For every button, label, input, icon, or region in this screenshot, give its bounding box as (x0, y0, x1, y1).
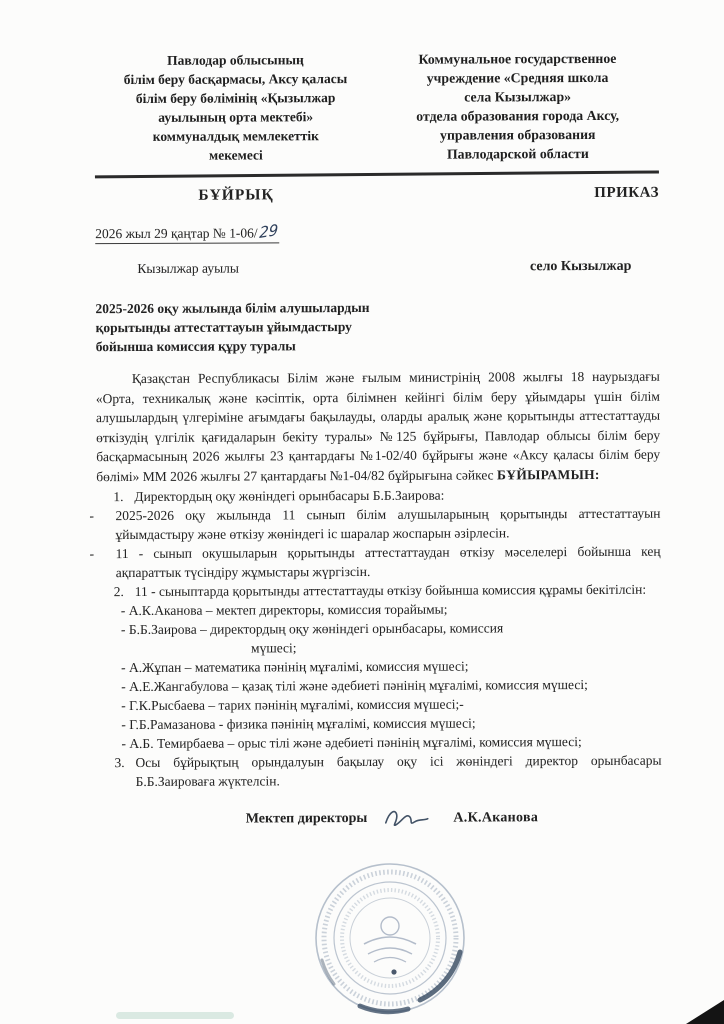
signature-block: Мектеп директоры А.К.Аканова (98, 803, 662, 835)
signature-scribble (381, 805, 431, 833)
commission-member: - Г.К.Рысбаева – тарих пәнінің мұғалімі,… (121, 694, 661, 715)
member-text: - А.Б. Темирбаева – орыс тілі және әдеби… (121, 732, 661, 753)
list-item-text: 11 - сынып окушыларын қорытынды аттестат… (116, 542, 661, 582)
stamp-center-dot (391, 969, 396, 974)
list-item: 3. Осы бұйрықтың орындалуын бақылау оқу … (114, 751, 661, 791)
order-title-kazakh: БҰЙРЫҚ (95, 186, 377, 205)
place-kazakh: Кызылжар ауылы (137, 261, 239, 277)
date-underlined-segment: 2026 жыл 29 қаңтар № 1-06/29 (95, 223, 279, 244)
member-text: - Г.Б.Рамазанова - физика пәнінің мұғалі… (121, 713, 661, 734)
order-title-russian: ПРИКАЗ (377, 185, 659, 204)
list-item-text: Осы бұйрықтың орындалуын бақылау оқу ісі… (135, 751, 661, 791)
order-subject: 2025-2026 оқу жылында білім алушылардын … (95, 297, 659, 356)
scan-smudge-artifact (116, 1012, 234, 1019)
list-item: 1. Директордың оқу жөніндегі орынбасары … (113, 485, 660, 506)
list-item: - 11 - сынып окушыларын қорытынды аттест… (88, 542, 661, 582)
list-item: 2. 11 - сыныптарда қорытынды аттестаттау… (114, 580, 661, 601)
header-divider-line (95, 170, 659, 178)
typed-date-number: 2026 жыл 29 қаңтар № 1-06/ (95, 225, 258, 241)
commission-member: - А.К.Аканова – мектеп директоры, комисс… (121, 599, 661, 620)
list-marker: 1. (113, 487, 134, 506)
org-name-russian: Коммунальное государственное учреждение … (376, 49, 658, 164)
list-item: - 2025-2026 оқу жылында 11 сынып білім а… (87, 504, 660, 544)
handwritten-order-number: 29 (259, 221, 279, 242)
order-directives-list: 1. Директордың оқу жөніндегі орынбасары … (96, 485, 661, 791)
commission-members-list: - А.К.Аканова – мектеп директоры, комисс… (121, 599, 662, 753)
order-title-row: БҰЙРЫҚ ПРИКАЗ (95, 185, 659, 205)
scan-corner-artifact (686, 1000, 724, 1024)
list-marker: 3. (114, 753, 135, 791)
member-text: - А.Жұпан – математика пәнінің мұғалімі,… (121, 656, 661, 677)
preamble-paragraph: Қазақстан Республикасы Білім және ғылым … (96, 367, 661, 486)
signer-role: Мектеп директоры (246, 811, 368, 828)
commission-member: - Б.Б.Заирова – директордың оқу жөніндег… (121, 618, 661, 658)
stamp-seal-graphic (312, 860, 468, 1016)
list-item-text: 2025-2026 оқу жылында 11 сынып білім алу… (115, 504, 660, 544)
list-item-text: Директордың оқу жөніндегі орынбасары Б.Б… (134, 485, 660, 506)
commission-member: - А.Е.Жангабулова – қазақ тілі және әдеб… (121, 675, 661, 696)
date-number-line: 2026 жыл 29 қаңтар № 1-06/29 (95, 222, 659, 244)
commission-member: - А.Б. Темирбаева – орыс тілі және әдеби… (121, 732, 661, 753)
list-marker: - (88, 544, 116, 582)
member-text: - А.К.Аканова – мектеп директоры, комисс… (121, 599, 661, 620)
list-item-text: 11 - сыныптарда қорытынды аттестаттауды … (135, 580, 661, 601)
member-text: - А.Е.Жангабулова – қазақ тілі және әдеб… (121, 675, 661, 696)
signer-name: А.К.Аканова (453, 810, 538, 826)
commission-member: - А.Жұпан – математика пәнінің мұғалімі,… (121, 656, 661, 677)
place-row: Кызылжар ауылы село Кызылжар (95, 259, 659, 277)
org-name-kazakh: Павлодар облысының білім беру басқармасы… (94, 50, 376, 165)
member-text: - Б.Б.Заирова – директордың оқу жөніндег… (121, 618, 661, 639)
letterhead: Павлодар облысының білім беру басқармасы… (94, 49, 658, 165)
member-text: - Г.К.Рысбаева – тарих пәнінің мұғалімі,… (121, 694, 661, 715)
list-marker: 2. (114, 582, 135, 601)
directive-word: БҰЙЫРАМЫН: (497, 466, 600, 481)
commission-member: - Г.Б.Рамазанова - физика пәнінің мұғалі… (121, 713, 661, 734)
list-marker: - (87, 506, 115, 544)
official-stamp (312, 860, 468, 1016)
place-russian: село Кызылжар (530, 259, 631, 275)
document-page: Павлодар облысының білім беру басқармасы… (0, 0, 724, 1024)
member-text-continuation: мүшесі; (251, 637, 661, 658)
